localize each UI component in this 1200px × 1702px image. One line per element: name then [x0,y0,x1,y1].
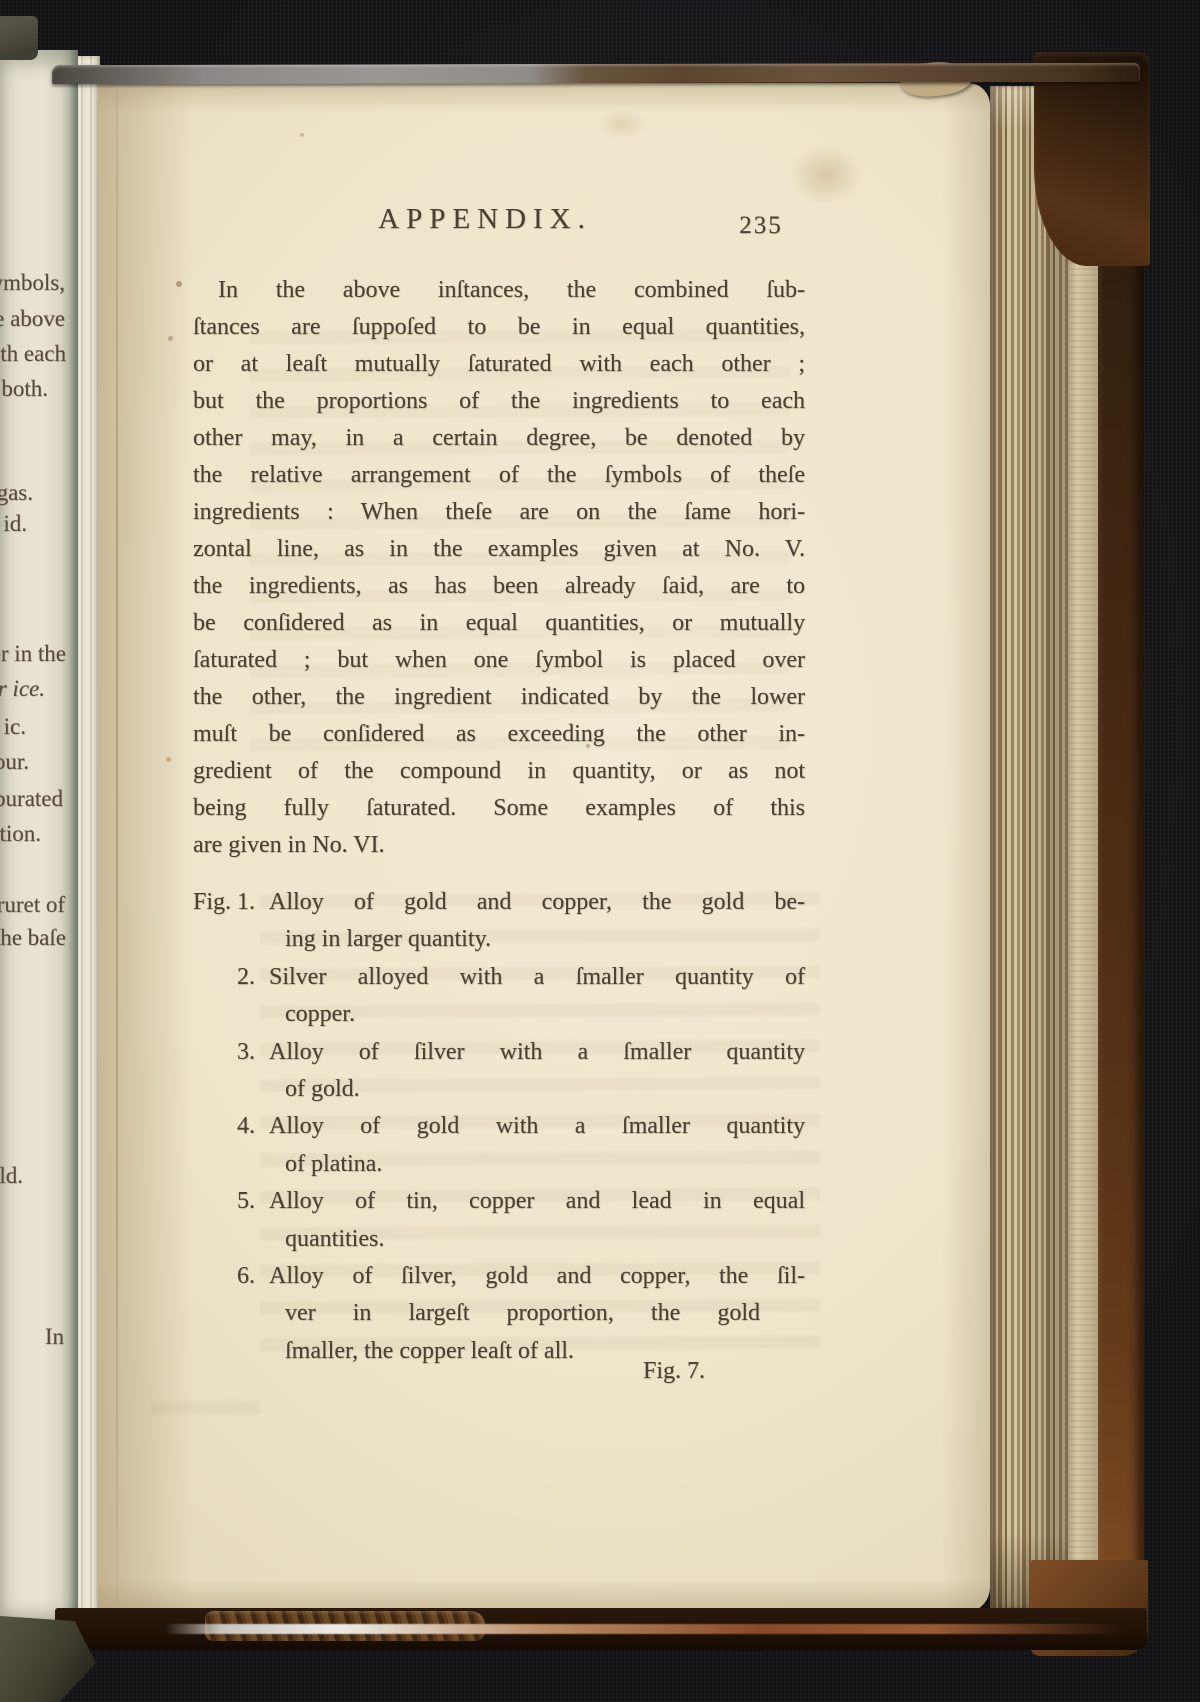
facing-page-fragment: h the above [0,306,65,332]
figure-item: 3. Alloy of ſilver with a ſmaller quanti… [193,1034,805,1109]
running-head-title: APPENDIX. [193,203,805,236]
figure-item-line: ver in largeſt proportion, the gold [285,1295,760,1332]
figure-list: Fig. 1. Alloy of gold and copper, the go… [193,884,805,1370]
body-paragraph: In the above inſtances, the combined ſub… [193,272,805,864]
figure-item: 4. Alloy of gold with a ſmaller quantity… [193,1108,805,1183]
figure-item: Fig. 1. Alloy of gold and copper, the go… [193,884,805,959]
facing-page-fragment: ic. [4,714,26,740]
figure-item-line: Alloy of tin, copper and lead in equal [269,1183,805,1220]
paragraph-line: be conſidered as in equal quantities, or… [193,605,805,642]
figure-item-line: Alloy of ſilver with a ſmaller quantity [269,1034,805,1071]
printed-text-layer: und ſymbols, h the above with each both.… [0,0,1200,1702]
figure-item-label: Fig. 1. [193,884,255,921]
figure-item-line: quantities. [285,1221,805,1258]
catchword: Fig. 7. [193,1358,805,1385]
facing-page-fragment: carburated [0,786,63,812]
figure-item-line: of platina. [285,1146,805,1183]
paragraph-line: are given in No. VI. [193,827,805,864]
facing-page-fragment: In [45,1324,64,1350]
figure-item-label: 5. [193,1183,255,1220]
figure-item-line: ing in larger quantity. [285,921,805,958]
facing-page-fragment: id. [3,511,27,537]
paragraph-line: the relative arrangement of the ſymbols … [193,457,805,494]
paragraph-line: ingredients : When theſe are on the ſame… [193,494,805,531]
paragraph-line: being fully ſaturated. Some examples of … [193,790,805,827]
paragraph-line: or at leaſt mutually ſaturated with each… [193,346,805,383]
figure-item-label: 4. [193,1108,255,1145]
paragraph-line: the other, the ingredient indicated by t… [193,679,805,716]
paragraph-line: In the above inſtances, the combined ſub… [193,272,805,309]
figure-item-line: Silver alloyed with a ſmaller quantity o… [269,959,805,996]
paragraph-line: but the proportions of the ingredients t… [193,383,805,420]
facing-page-fragment: und ſymbols, [0,270,65,296]
facing-page-fragment: with each [0,341,66,367]
paragraph-line: gredient of the compound in quantity, or… [193,753,805,790]
figure-item-label: 6. [193,1258,255,1295]
facing-page-text: und ſymbols, h the above with each both.… [0,0,66,1702]
facing-page-fragment: water in the [0,641,66,667]
paragraph-line: other may, in a certain degree, be denot… [193,420,805,457]
paragraph-line: zontal line, as in the examples given at… [193,531,805,568]
paragraph-line: the ingredients, as has been already ſai… [193,568,805,605]
figure-item: 2. Silver alloyed with a ſmaller quantit… [193,959,805,1034]
page-number: 235 [730,212,792,240]
photo-backdrop-cloth: und ſymbols, h the above with each both.… [0,0,1200,1702]
paragraph-line: muſt be conſidered as exceeding the othe… [193,716,805,753]
facing-page-fragment: both. [1,376,48,402]
facing-page-fragment: ination. [0,821,41,847]
facing-page-fragment: or ice. [0,676,45,702]
facing-page-fragment: gas. [0,480,33,506]
figure-item-line: Alloy of ſilver, gold and copper, the ſi… [269,1258,805,1295]
figure-item-label: 3. [193,1034,255,1071]
figure-item-line: Alloy of gold with a ſmaller quantity [269,1108,805,1145]
figure-item: 6. Alloy of ſilver, gold and copper, the… [193,1258,805,1370]
facing-page-fragment: hydruret of [0,892,65,918]
figure-item-label: 2. [193,959,255,996]
paragraph-line: ſtances are ſuppoſed to be in equal quan… [193,309,805,346]
figure-item-line: Alloy of gold and copper, the gold be- [269,884,805,921]
facing-page-fragment: old. [0,1163,23,1189]
facing-page-fragment: our. [0,749,29,775]
figure-item-line: of gold. [285,1071,805,1108]
facing-page-fragment: pt as the baſe [0,925,66,951]
figure-item-line: copper. [285,996,805,1033]
paragraph-line: ſaturated ; but when one ſymbol is place… [193,642,805,679]
figure-item: 5. Alloy of tin, copper and lead in equa… [193,1183,805,1258]
